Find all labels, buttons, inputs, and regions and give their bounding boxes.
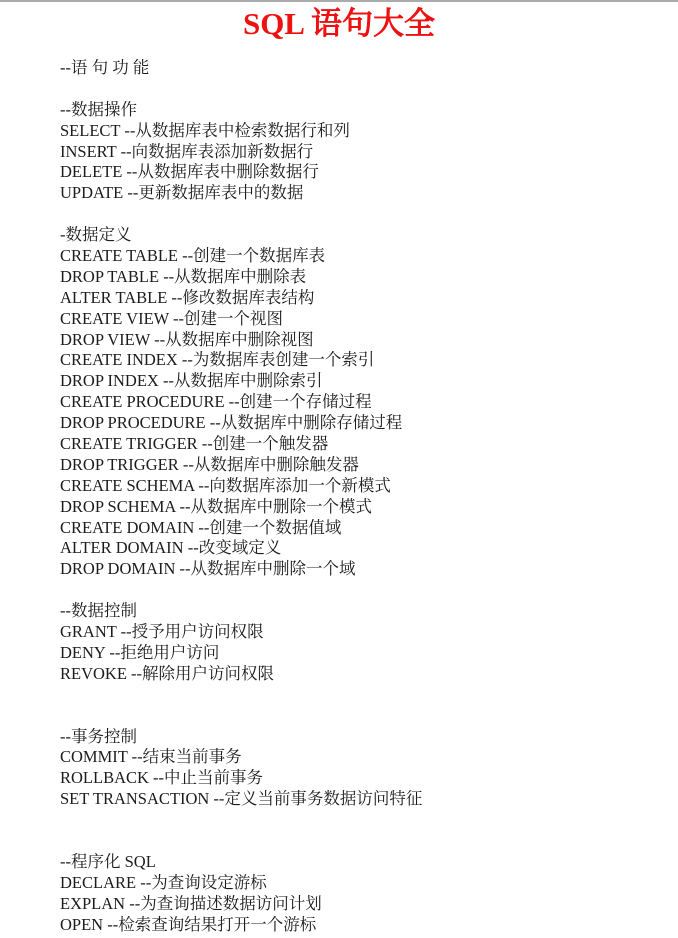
document-line: DROP TRIGGER --从数据库中删除触发器 (60, 455, 662, 476)
document-line: UPDATE --更新数据库表中的数据 (60, 183, 662, 204)
page-title: SQL 语句大全 (0, 4, 678, 44)
document-line: OPEN --检索查询结果打开一个游标 (60, 915, 662, 936)
document-line: DECLARE --为查询设定游标 (60, 873, 662, 894)
document-line: --事务控制 (60, 727, 662, 748)
document-line (60, 79, 662, 100)
document-line: CREATE INDEX --为数据库表创建一个索引 (60, 350, 662, 371)
document-line: EXPLAN --为查询描述数据访问计划 (60, 894, 662, 915)
document-line (60, 706, 662, 727)
document-line: CREATE TRIGGER --创建一个触发器 (60, 434, 662, 455)
document-line: DENY --拒绝用户访问 (60, 643, 662, 664)
document-line: ROLLBACK --中止当前事务 (60, 768, 662, 789)
page-top-edge (0, 0, 678, 2)
document-line: ALTER TABLE --修改数据库表结构 (60, 288, 662, 309)
document-line: INSERT --向数据库表添加新数据行 (60, 142, 662, 163)
document-line: REVOKE --解除用户访问权限 (60, 664, 662, 685)
document-line: DELETE --从数据库表中删除数据行 (60, 162, 662, 183)
document-line: GRANT --授予用户访问权限 (60, 622, 662, 643)
document-line: DROP DOMAIN --从数据库中删除一个域 (60, 559, 662, 580)
document-line: ALTER DOMAIN --改变域定义 (60, 538, 662, 559)
document-line: COMMIT --结束当前事务 (60, 747, 662, 768)
document-line: --数据控制 (60, 601, 662, 622)
document-line: CREATE VIEW --创建一个视图 (60, 309, 662, 330)
document-line: DROP INDEX --从数据库中删除索引 (60, 371, 662, 392)
document-line (60, 810, 662, 831)
document-line: SELECT --从数据库表中检索数据行和列 (60, 121, 662, 142)
document-line: DROP PROCEDURE --从数据库中删除存储过程 (60, 413, 662, 434)
document-line: DROP VIEW --从数据库中删除视图 (60, 330, 662, 351)
document-line: DROP SCHEMA --从数据库中删除一个模式 (60, 497, 662, 518)
document-line: --语 句 功 能 (60, 58, 662, 79)
document-line: CREATE PROCEDURE --创建一个存储过程 (60, 392, 662, 413)
document-line: CREATE SCHEMA --向数据库添加一个新模式 (60, 476, 662, 497)
document-page: SQL 语句大全 --语 句 功 能 --数据操作 SELECT --从数据库表… (0, 0, 678, 938)
document-line: CREATE TABLE --创建一个数据库表 (60, 246, 662, 267)
document-line (60, 580, 662, 601)
document-line: --程序化 SQL (60, 852, 662, 873)
document-line: DROP TABLE --从数据库中删除表 (60, 267, 662, 288)
document-line: -数据定义 (60, 225, 662, 246)
document-body: --语 句 功 能 --数据操作 SELECT --从数据库表中检索数据行和列 … (60, 58, 662, 935)
document-line (60, 204, 662, 225)
document-line (60, 831, 662, 852)
document-line: CREATE DOMAIN --创建一个数据值域 (60, 518, 662, 539)
document-line (60, 685, 662, 706)
document-line: --数据操作 (60, 100, 662, 121)
document-line: SET TRANSACTION --定义当前事务数据访问特征 (60, 789, 662, 810)
